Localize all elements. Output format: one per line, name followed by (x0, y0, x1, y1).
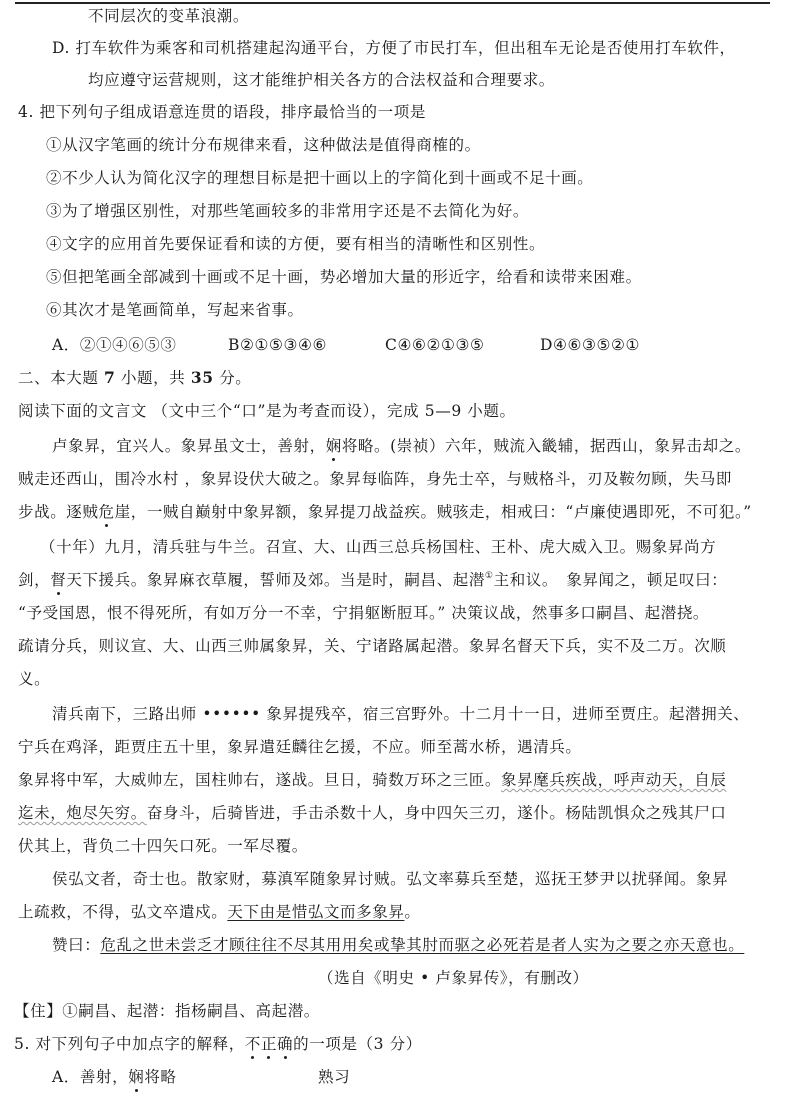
passage-p5-line2: 上疏救，不得，弘文卒遣戍。天下由是惜弘文而多象昇。 (18, 902, 421, 922)
text-run: 奋身斗，后骑皆进，手击杀数十人，身中四矢三刃，遂仆。杨陆凯惧众之残其尸口 (147, 804, 727, 822)
q4-sentence-3: ③为了增强区别性，对那些笔画较多的非常用字还是不去简化为好。 (46, 201, 529, 221)
passage-p2-line5: 义。 (18, 669, 50, 689)
question5-stem: 5. 对下列句子中加点字的解释，不正确的一项是（3 分） (14, 1034, 422, 1054)
q4-option-c-label: C (385, 336, 397, 354)
underlined-sentence: 天下由是惜弘文而多象昇 (227, 903, 404, 921)
question4-stem: 4. 把下列句子组成语意连贯的语段，排序最恰当的一项是 (18, 102, 426, 122)
text-run: 上疏救，不得，弘文卒遣戍。 (18, 903, 227, 921)
text-run: 崖，一贼自巅射中象昇额，象昇提刀战益疾。贼骇走，相戒曰：“卢廉使遇即死，不可犯。… (115, 503, 752, 521)
text-run: 剑， (18, 571, 50, 589)
text-run: 主和议。 象昇闻之，顿足叹曰： (494, 571, 728, 589)
q4-option-d-value: ④⑥③⑤②① (553, 336, 640, 354)
q4-option-b-value: ②①⑤③④⑥ (240, 336, 327, 354)
text-run: 。 (404, 903, 420, 921)
section2-instruction: 阅读下面的文言文 （文中三个“口”是为考查而设），完成 5—9 小题。 (18, 401, 516, 421)
text-run: 象昇将中军，大威帅左，国柱帅右，遂战。旦日，骑数万环之三匝。 (18, 771, 501, 789)
text-run: 步战。逐贼 (18, 503, 99, 521)
q5-option-a-meaning: 熟习 (318, 1067, 350, 1087)
passage-p3-line2: 宁兵在鸡泽，距贾庄五十里，象昇遣廷麟往乞援，不应。师至蒿水桥，遇清兵。 (18, 737, 582, 757)
passage-p6-line1: 赞曰：危乱之世未尝乏才顾往往不尽其用用矣或挚其肘而驱之必死若是者人实为之要之亦天… (52, 935, 744, 955)
emphasis-dot-char: 正 (261, 1035, 277, 1053)
underlined-sentence: 危乱之世未尝乏才顾往往不尽其用用矣或挚其肘而驱之必死若是者人实为之要之亦天意也。 (100, 936, 744, 954)
q4-sentence-6: ⑥其次才是笔画简单，写起来省事。 (46, 300, 304, 320)
passage-p1-line3: 步战。逐贼危崖，一贼自巅射中象昇额，象昇提刀战益疾。贼骇走，相戒曰：“卢廉使遇即… (18, 502, 752, 522)
option-d-line1: D. 打车软件为乘客和司机搭建起沟通平台，方便了市民打车，但出租车无论是否使用打… (52, 38, 736, 58)
passage-p2-line3: “予受国恩，恨不得死所，有如万分一不幸，宁捐躯断脰耳。” 决策议战，然事多口嗣昌… (18, 603, 709, 623)
wavy-underlined-text: 象昇麾兵疾战，呼声动天，自辰 (501, 771, 726, 789)
q4-sentence-4: ④文字的应用首先要保证看和读的方便，要有相当的清晰性和区别性。 (46, 234, 545, 254)
section2-heading: 二、本大题 7 小题，共 35 分。 (18, 368, 251, 388)
q4-option-b: B②①⑤③④⑥ (228, 335, 327, 355)
passage-source: （选自《明史 • 卢象昇传》，有删改） (318, 968, 589, 988)
section2-heading-post: 分。 (214, 369, 252, 387)
page-top-rule (15, 2, 770, 4)
footnote: 【住】①嗣昌、起潜：指杨嗣昌、高起潜。 (14, 1001, 320, 1021)
emphasis-dot-char: 确 (277, 1035, 293, 1053)
passage-p3-line1: 清兵南下，三路出师 •••••• 象昇提残卒，宿三宫野外。十二月十一日，进师至贾… (52, 704, 749, 724)
option-d-line2: 均应遵守运营规则，这才能维护相关各方的合法权益和合理要求。 (88, 70, 555, 90)
q4-sentence-5: ⑤但把笔画全部减到十画或不足十画，势必增加大量的形近字，给看和读带来困难。 (46, 267, 642, 287)
passage-p2-line2: 剑，督天下援兵。象昇麻衣草履，誓师及郊。当是时，嗣昌、起潜①主和议。 象昇闻之，… (18, 570, 727, 590)
section2-question-count: 7 (104, 368, 115, 387)
option-c-continuation: 不同层次的变革浪潮。 (88, 6, 249, 26)
passage-p2-line1: （十年）九月，清兵驻与牛兰。召宣、大、山西三总兵杨国柱、王朴、虎大威入卫。赐象昇… (40, 537, 716, 557)
q4-option-b-label: B (228, 336, 240, 354)
passage-p4-line1: 象昇将中军，大威帅左，国柱帅右，遂战。旦日，骑数万环之三匝。象昇麾兵疾战，呼声动… (18, 770, 726, 790)
passage-p5-line1: 侯弘文者，奇士也。散家财，募滇军随象昇讨贼。弘文率募兵至楚，巡抚王梦尹以扰驿闻。… (52, 869, 728, 889)
passage-p1-line1: 卢象昇，宜兴人。象昇虽文士，善射，娴将略。(崇祯）六年，贼流入畿辅，据西山，象昇… (52, 436, 751, 456)
emphasis-dot-char: 娴 (326, 437, 342, 455)
text-run: 天下援兵。象昇麻衣草履，誓师及郊。当是时，嗣昌、起潜 (66, 571, 485, 589)
footnote-marker: ① (485, 571, 494, 581)
text-run: A．善射， (52, 1068, 128, 1086)
wavy-underlined-text: 迄未，炮尽矢穷。 (18, 804, 147, 822)
text-run: 5. 对下列句子中加点字的解释， (14, 1035, 245, 1053)
text-run: 赞曰： (52, 936, 100, 954)
q5-option-a: A．善射，娴将略 (52, 1067, 177, 1087)
passage-p1-line2: 贼走还西山，围冷水村 ，象昇设伏大破之。象昇每临阵，身先士卒，与贼格斗，刃及鞍勿… (18, 469, 732, 489)
q4-sentence-2: ②不少人认为简化汉字的理想目标是把十画以上的字简化到十画或不足十画。 (46, 168, 593, 188)
q4-option-a: A．②①④⑥⑤③ (52, 335, 177, 355)
q4-option-d: D④⑥③⑤②① (540, 335, 640, 355)
section2-heading-pre: 二、本大题 (18, 369, 104, 387)
q4-option-c-value: ④⑥②①③⑤ (397, 336, 484, 354)
text-run: 将略。(崇祯）六年，贼流入畿辅，据西山，象昇击却之。 (342, 437, 751, 455)
q4-option-d-label: D (540, 336, 553, 354)
passage-p4-line2: 迄未，炮尽矢穷。奋身斗，后骑皆进，手击杀数十人，身中四矢三刃，遂仆。杨陆凯惧众之… (18, 803, 726, 823)
emphasis-dot-char: 娴 (128, 1068, 144, 1086)
q4-sentence-1: ①从汉字笔画的统计分布规律来看，这种做法是值得商榷的。 (46, 135, 481, 155)
text-run: 将略 (144, 1068, 176, 1086)
emphasis-dot-char: 不 (245, 1035, 261, 1053)
passage-p4-line3: 伏其上，背负二十四矢口死。一军尽覆。 (18, 836, 308, 856)
passage-p2-line4: 疏请分兵，则议宣、大、山西三帅属象昇，关、宁诸路属起潜。象昇名督天下兵，实不及二… (18, 636, 726, 656)
q4-option-c: C④⑥②①③⑤ (385, 335, 484, 355)
section2-heading-mid: 小题，共 (115, 369, 190, 387)
text-run: 卢象昇，宜兴人。象昇虽文士，善射， (52, 437, 326, 455)
section2-total-points: 35 (191, 368, 214, 387)
q4-option-a-label: A． (52, 336, 80, 354)
q4-option-a-value: ②①④⑥⑤③ (80, 336, 177, 354)
text-run: 的一项是（3 分） (293, 1035, 422, 1053)
emphasis-dot-char: 督 (50, 571, 66, 589)
emphasis-dot-char: 危 (99, 503, 115, 521)
